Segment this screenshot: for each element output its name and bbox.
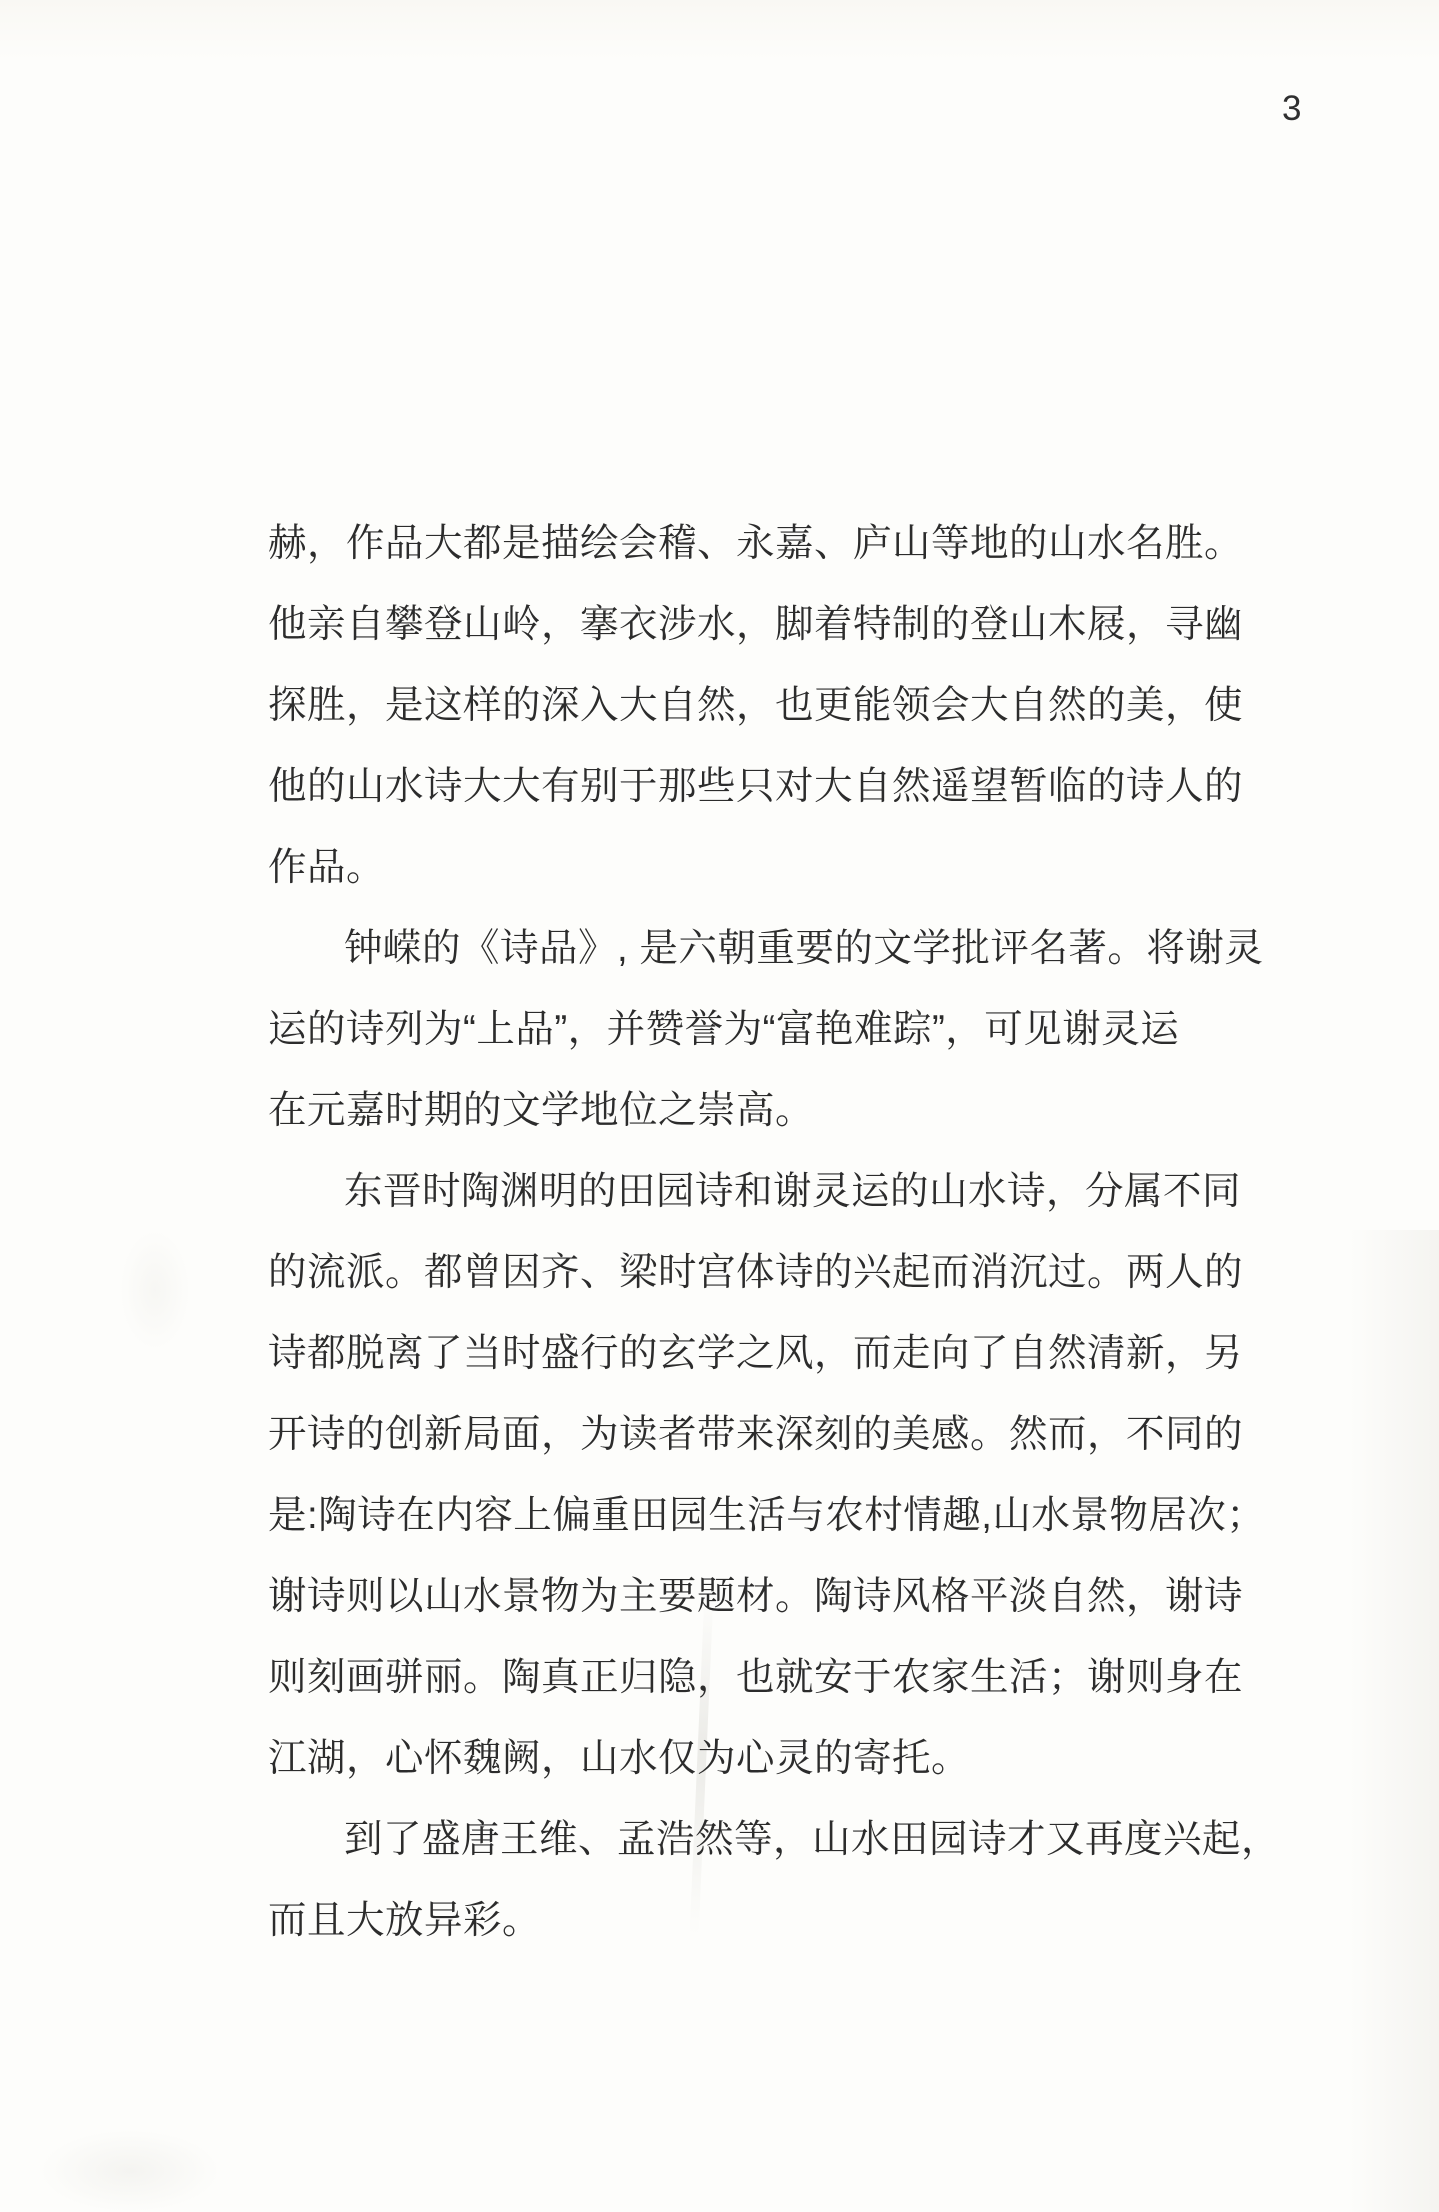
- text-line: 到了盛唐王维、孟浩然等，山水田园诗才又再度兴起，: [268, 1799, 1258, 1880]
- text-line: 东晋时陶渊明的田园诗和谢灵运的山水诗，分属不同: [268, 1151, 1258, 1232]
- text-line: 则刻画骈丽。陶真正归隐，也就安于农家生活；谢则身在: [268, 1637, 1258, 1718]
- text-block: 赫，作品大都是描绘会稽、永嘉、庐山等地的山水名胜。他亲自攀登山岭，搴衣涉水，脚着…: [268, 503, 1258, 1961]
- text-line: 钟嵘的《诗品》, 是六朝重要的文学批评名著。将谢灵: [268, 908, 1258, 989]
- text-line: 是:陶诗在内容上偏重田园生活与农村情趣,山水景物居次；: [268, 1475, 1258, 1556]
- text-line: 在元嘉时期的文学地位之崇高。: [268, 1070, 1258, 1151]
- text-line: 他亲自攀登山岭，搴衣涉水，脚着特制的登山木屐，寻幽: [268, 584, 1258, 665]
- text-line: 赫，作品大都是描绘会稽、永嘉、庐山等地的山水名胜。: [268, 503, 1258, 584]
- text-line: 的流派。都曾因齐、梁时宫体诗的兴起而消沉过。两人的: [268, 1232, 1258, 1313]
- text-line: 谢诗则以山水景物为主要题材。陶诗风格平淡自然，谢诗: [268, 1556, 1258, 1637]
- text-line: 作品。: [268, 827, 1258, 908]
- text-line: 江湖，心怀魏阙，山水仅为心灵的寄托。: [268, 1718, 1258, 1799]
- page-number: 3: [1282, 88, 1302, 130]
- text-line: 运的诗列为“上品”，并赞誉为“富艳难踪”，可见谢灵运: [268, 989, 1258, 1070]
- scan-edge-shadow: [1349, 1230, 1439, 2212]
- scan-corner-artifact: [40, 2130, 220, 2212]
- text-line: 他的山水诗大大有别于那些只对大自然遥望暂临的诗人的: [268, 746, 1258, 827]
- scan-smudge-artifact: [120, 1230, 190, 1350]
- text-line: 开诗的创新局面，为读者带来深刻的美感。然而，不同的: [268, 1394, 1258, 1475]
- text-line: 而且大放异彩。: [268, 1880, 1258, 1961]
- text-line: 诗都脱离了当时盛行的玄学之风，而走向了自然清新，另: [268, 1313, 1258, 1394]
- document-page: 3 赫，作品大都是描绘会稽、永嘉、庐山等地的山水名胜。他亲自攀登山岭，搴衣涉水，…: [0, 0, 1439, 2212]
- text-line: 探胜，是这样的深入大自然，也更能领会大自然的美，使: [268, 665, 1258, 746]
